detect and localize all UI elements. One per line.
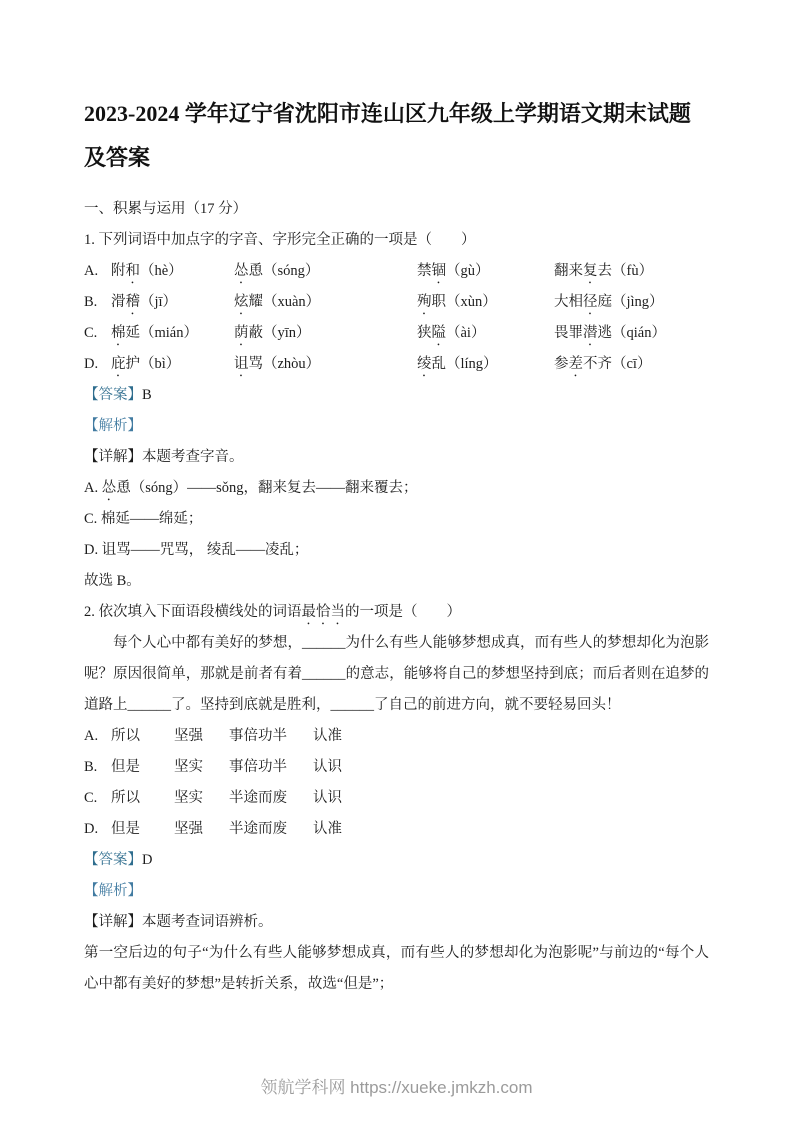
q1-option-word: 大相径庭（jìng） — [554, 287, 709, 318]
q1-option-letter: D. — [84, 349, 111, 380]
q2-option-word: 坚实 — [174, 759, 203, 775]
q2-analysis-line: 【解析】 — [84, 876, 709, 907]
q1-option-word: 狭隘（ài） — [417, 318, 554, 349]
q2-option-row: B.但是坚实事倍功半认识 — [84, 752, 709, 783]
q1-option-word: 炫耀（xuàn） — [234, 287, 417, 318]
q1-option-letter: B. — [84, 287, 111, 318]
q1-option-letter: C. — [84, 318, 111, 349]
q1-detail-line: 故选 B。 — [84, 566, 709, 597]
q1-option-letter: A. — [84, 256, 111, 287]
q1-option-word: 参差不齐（cī） — [554, 349, 709, 380]
q2-option-row: D.但是坚强半途而废认准 — [84, 814, 709, 845]
q2-option-letter: A. — [84, 721, 111, 752]
q1-detail-line: A. 怂恿（sóng）——sǒng，翻来复去——翻来覆去； — [84, 473, 709, 504]
page-title: 2023-2024 学年辽宁省沈阳市连山区九年级上学期语文期末试题及答案 — [84, 92, 709, 180]
q2-option-word: 坚强 — [174, 821, 203, 837]
q1-detail-lines: A. 怂恿（sóng）——sǒng，翻来复去——翻来覆去；C. 棉延——绵延；D… — [84, 473, 709, 597]
q1-option-word: 荫蔽（yīn） — [234, 318, 417, 349]
exam-document-page: 2023-2024 学年辽宁省沈阳市连山区九年级上学期语文期末试题及答案 一、积… — [0, 0, 793, 1000]
q1-option-word: 庇护（bì） — [111, 349, 234, 380]
q2-stem: 2. 依次填入下面语段横线处的词语最恰当的一项是（ ） — [84, 597, 709, 628]
q1-option-word: 诅骂（zhòu） — [234, 349, 417, 380]
q2-option-letter: B. — [84, 752, 111, 783]
q1-detail-label: 【详解】 — [84, 449, 142, 465]
q1-option-word: 殉职（xùn） — [417, 287, 554, 318]
q1-option-word: 绫乱（líng） — [417, 349, 554, 380]
q2-answer-label: 【答案】 — [84, 852, 142, 868]
q2-option-row: C.所以坚实半途而废认识 — [84, 783, 709, 814]
q1-analysis-line: 【解析】 — [84, 411, 709, 442]
q1-option-row: C.棉延（mián）荫蔽（yīn）狭隘（ài）畏罪潜逃（qián） — [84, 318, 709, 349]
q2-option-word: 坚强 — [174, 728, 203, 744]
q2-option-word: 事倍功半 — [229, 728, 287, 744]
q2-option-word: 所以 — [111, 790, 140, 806]
q2-stem-post: 的一项是（ ） — [345, 604, 461, 620]
q1-option-row: D.庇护（bì）诅骂（zhòu）绫乱（líng）参差不齐（cī） — [84, 349, 709, 380]
q1-analysis-label: 【解析】 — [84, 418, 142, 434]
q2-detail-intro: 本题考查词语辨析。 — [142, 914, 273, 930]
q2-analysis-label: 【解析】 — [84, 883, 142, 899]
q2-option-word: 半途而废 — [229, 790, 287, 806]
q1-detail-line: D. 诅骂——咒骂， 绫乱——凌乱； — [84, 535, 709, 566]
q1-option-word: 翻来复去（fù） — [554, 256, 709, 287]
q1-answer-label: 【答案】 — [84, 387, 142, 403]
q1-answer-value: B — [142, 387, 152, 403]
q2-option-word: 但是 — [111, 759, 140, 775]
q1-option-word: 怂恿（sóng） — [234, 256, 417, 287]
q2-option-word: 所以 — [111, 728, 140, 744]
q2-option-word: 认准 — [313, 821, 342, 837]
q1-option-row: B.滑稽（jī）炫耀（xuàn）殉职（xùn）大相径庭（jìng） — [84, 287, 709, 318]
q2-detail-label: 【详解】 — [84, 914, 142, 930]
q1-stem: 1. 下列词语中加点字的字音、字形完全正确的一项是（ ） — [84, 225, 709, 256]
q1-option-row: A.附和（hè）怂恿（sóng）禁锢（gù）翻来复去（fù） — [84, 256, 709, 287]
q2-option-word: 但是 — [111, 821, 140, 837]
q2-option-letter: C. — [84, 783, 111, 814]
section-heading: 一、积累与运用（17 分） — [84, 194, 709, 225]
q1-option-word: 滑稽（jī） — [111, 287, 234, 318]
q1-option-word: 棉延（mián） — [111, 318, 234, 349]
q1-option-word: 禁锢（gù） — [417, 256, 554, 287]
q2-option-word: 坚实 — [174, 790, 203, 806]
q2-answer-value: D — [142, 852, 152, 868]
q2-option-word: 半途而废 — [229, 821, 287, 837]
q2-answer-line: 【答案】D — [84, 845, 709, 876]
q2-option-letter: D. — [84, 814, 111, 845]
q2-option-word: 事倍功半 — [229, 759, 287, 775]
watermark: 领航学科网 https://xueke.jmkzh.com — [0, 1073, 793, 1098]
q2-passage: 每个人心中都有美好的梦想，______为什么有些人能够梦想成真，而有些人的梦想却… — [84, 628, 709, 721]
q2-stem-emphasized: 最恰当 — [302, 604, 346, 620]
q1-option-word: 畏罪潜逃（qián） — [554, 318, 709, 349]
q1-answer-line: 【答案】B — [84, 380, 709, 411]
q2-stem-pre: 2. 依次填入下面语段横线处的词语 — [84, 604, 302, 620]
q2-options: A.所以坚强事倍功半认准B.但是坚实事倍功半认识C.所以坚实半途而废认识D.但是… — [84, 721, 709, 845]
q2-option-word: 认识 — [313, 759, 342, 775]
q1-option-word: 附和（hè） — [111, 256, 234, 287]
q1-options: A.附和（hè）怂恿（sóng）禁锢（gù）翻来复去（fù）B.滑稽（jī）炫耀… — [84, 256, 709, 380]
q2-detail-intro-line: 【详解】本题考查词语辨析。 — [84, 907, 709, 938]
q2-detail-paragraph: 第一空后边的句子“为什么有些人能够梦想成真，而有些人的梦想却化为泡影呢”与前边的… — [84, 938, 709, 1000]
q1-detail-line: C. 棉延——绵延； — [84, 504, 709, 535]
q2-option-word: 认识 — [313, 790, 342, 806]
q1-detail-intro-line: 【详解】本题考查字音。 — [84, 442, 709, 473]
q2-option-word: 认准 — [313, 728, 342, 744]
q1-detail-intro: 本题考查字音。 — [142, 449, 244, 465]
q2-option-row: A.所以坚强事倍功半认准 — [84, 721, 709, 752]
